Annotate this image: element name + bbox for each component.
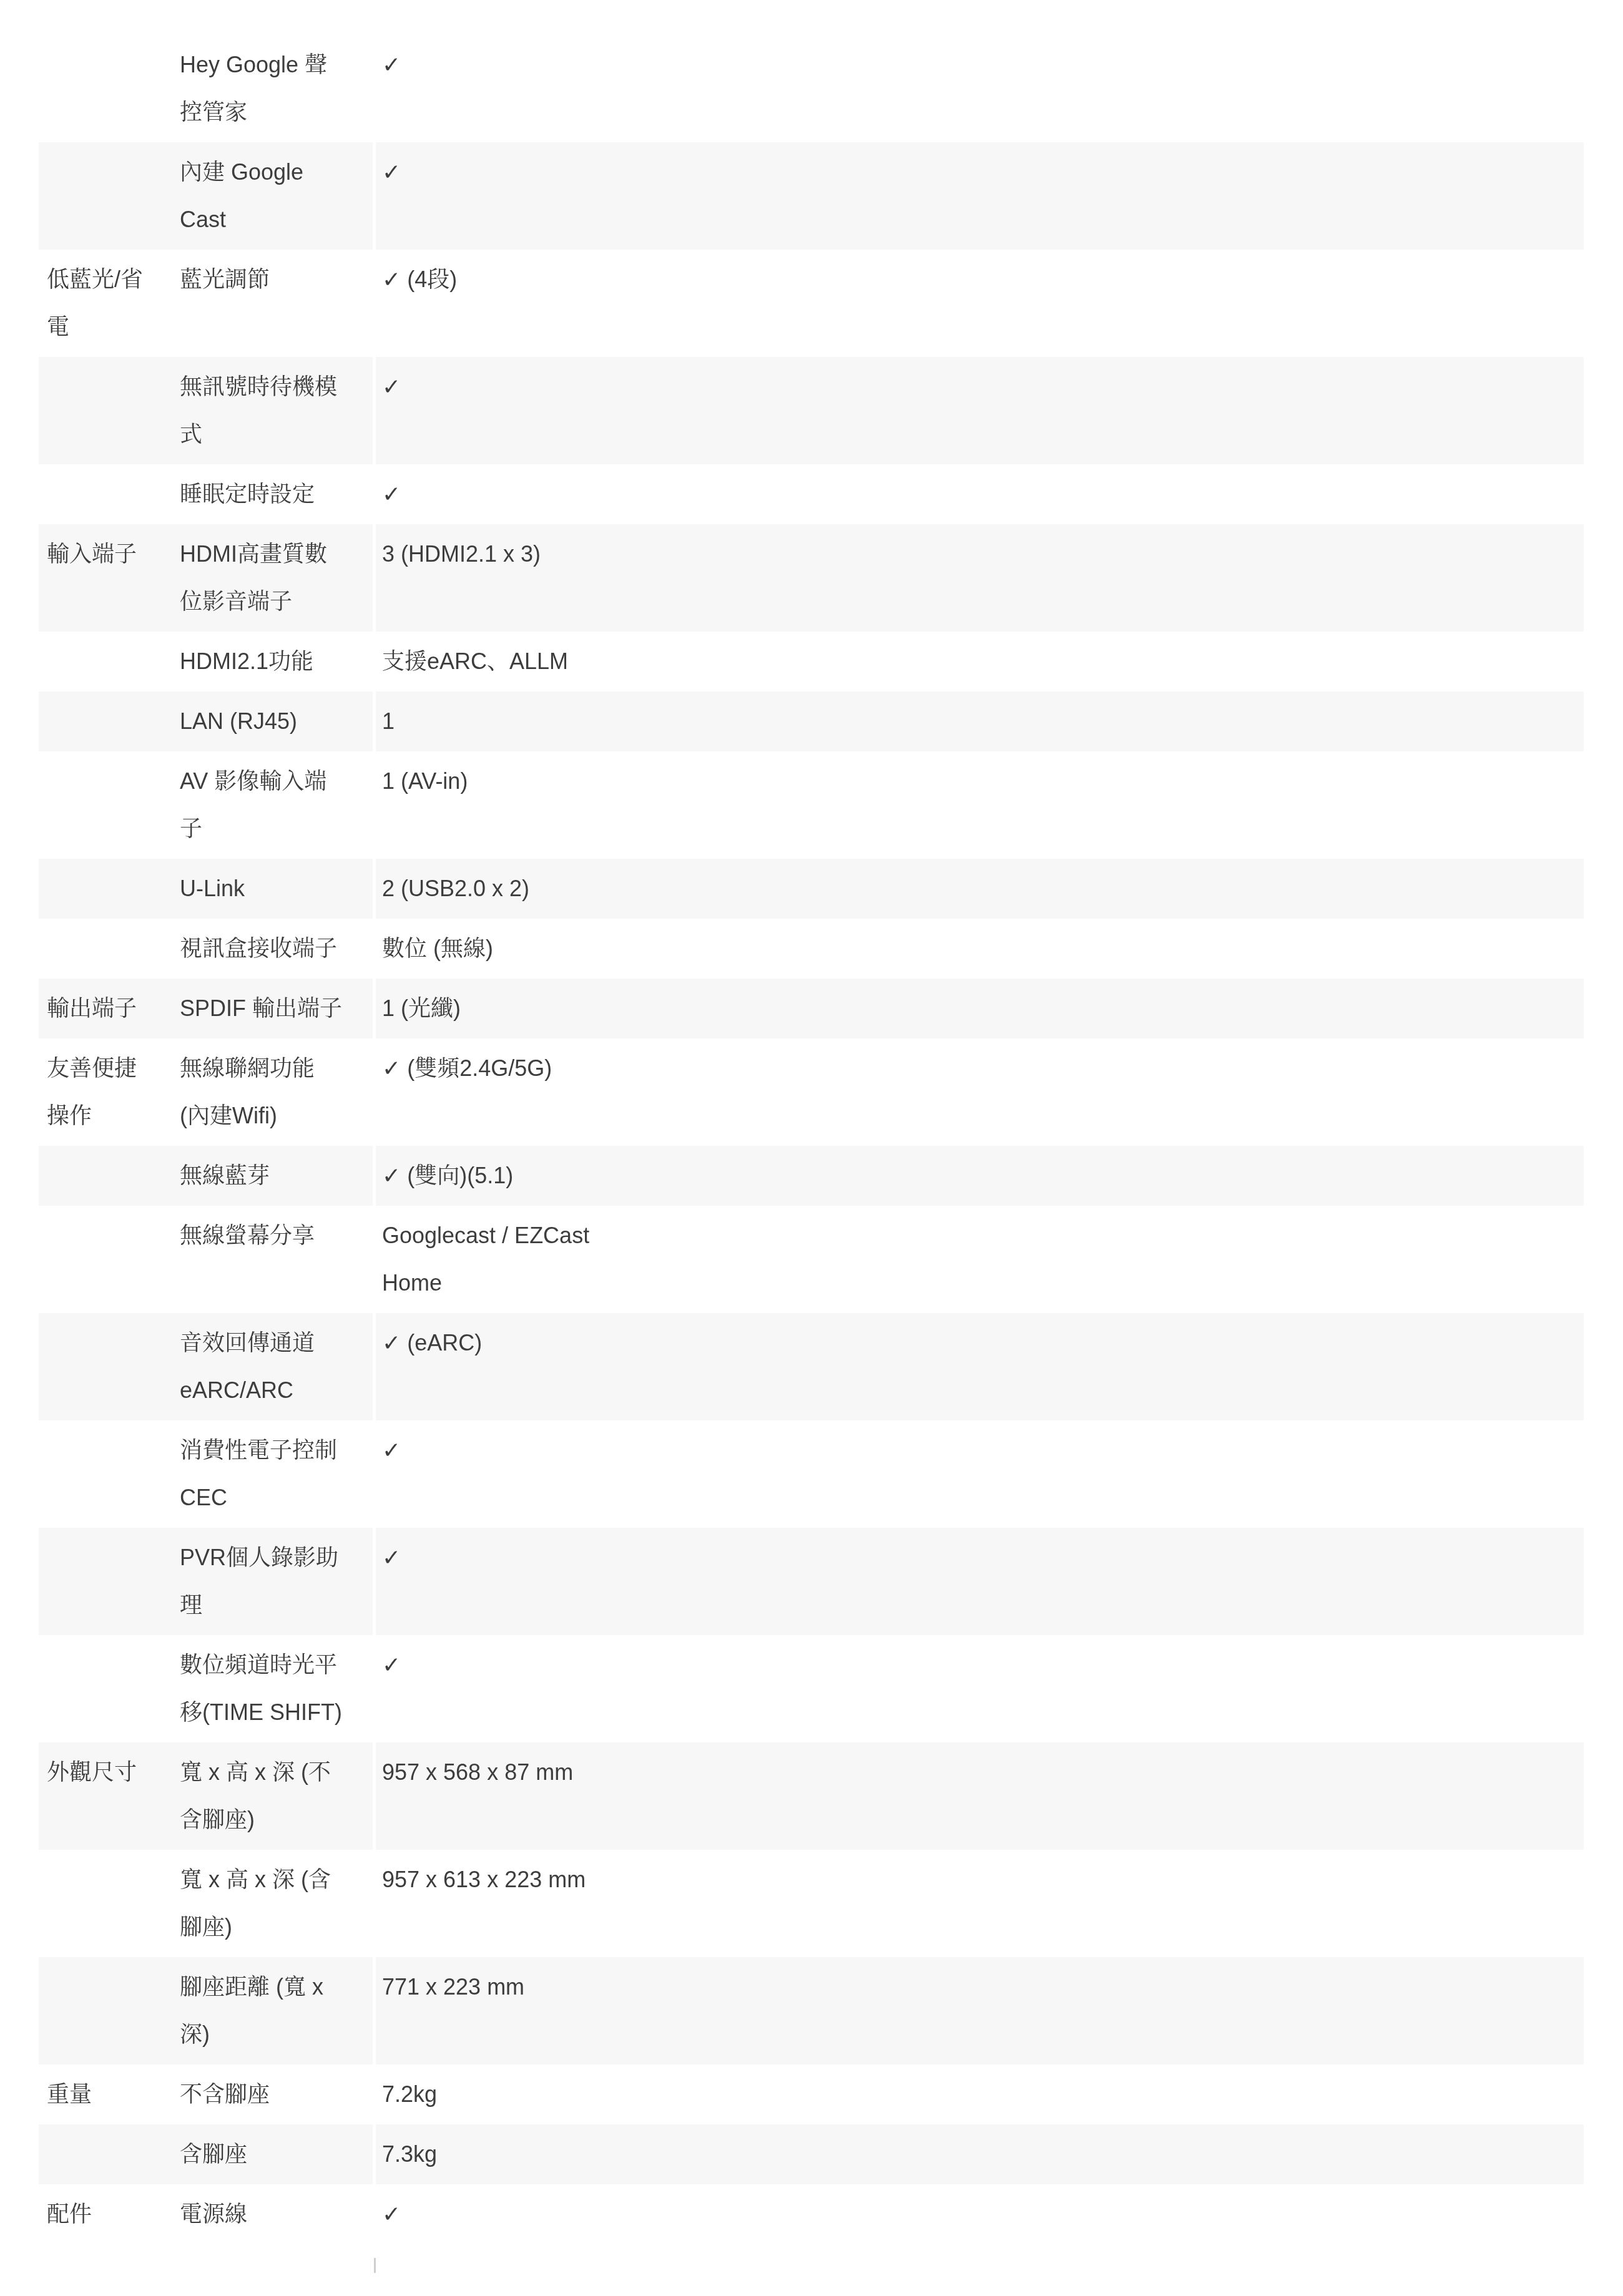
table-row: U-Link 2 (USB2.0 x 2)	[39, 859, 1584, 919]
value-text: ✓	[382, 149, 644, 196]
category-cell	[39, 1957, 178, 2064]
feature-label: 無線螢幕分享	[180, 1223, 315, 1248]
category-label: 低藍光/省電	[47, 266, 143, 340]
category-cell	[39, 142, 178, 250]
category-cell: 輸入端子	[39, 524, 178, 632]
feature-label: 寬 x 高 x 深 (含腳座)	[180, 1867, 331, 1940]
value-cell: Googlecast / EZCast Home	[376, 1206, 1584, 1313]
value-text: ✓	[382, 2191, 644, 2238]
table-row: 低藍光/省電 藍光調節 ✓ (4段)	[39, 250, 1584, 357]
value-text: 1 (AV-in)	[382, 758, 644, 805]
feature-label: 視訊盒接收端子	[180, 935, 337, 961]
feature-cell: HDMI2.1功能	[178, 632, 373, 691]
table-row: 無線藍芽 ✓ (雙向)(5.1)	[39, 1146, 1584, 1206]
value-cell: ✓	[376, 1528, 1584, 1635]
table-row: HDMI2.1功能 支援eARC、ALLM	[39, 632, 1584, 691]
value-cell: 1 (AV-in)	[376, 751, 1584, 859]
category-cell	[39, 1850, 178, 1957]
feature-label: SPDIF 輸出端子	[180, 995, 342, 1021]
value-cell: 7.2kg	[376, 2064, 1584, 2124]
feature-label: 寬 x 高 x 深 (不含腳座)	[180, 1759, 331, 1832]
table-row: 外觀尺寸 寬 x 高 x 深 (不含腳座) 957 x 568 x 87 mm	[39, 1742, 1584, 1850]
table-row: 無線螢幕分享 Googlecast / EZCast Home	[39, 1206, 1584, 1313]
value-cell: 957 x 613 x 223 mm	[376, 1850, 1584, 1957]
value-cell: 771 x 223 mm	[376, 1957, 1584, 2064]
value-text: ✓	[382, 1427, 644, 1474]
feature-cell: 數位頻道時光平移(TIME SHIFT)	[178, 1635, 373, 1742]
value-cell: 3 (HDMI2.1 x 3)	[376, 524, 1584, 632]
table-row: 音效回傳通道 eARC/ARC ✓ (eARC)	[39, 1313, 1584, 1420]
table-row: 無訊號時待機模式 ✓	[39, 357, 1584, 464]
value-text: 數位 (無線)	[382, 925, 644, 972]
feature-cell: 睡眠定時設定	[178, 464, 373, 524]
feature-label: 數位頻道時光平移(TIME SHIFT)	[180, 1652, 342, 1725]
table-row: 內建 Google Cast ✓	[39, 142, 1584, 250]
category-cell	[39, 919, 178, 979]
category-cell: 低藍光/省電	[39, 250, 178, 357]
value-cell: ✓	[376, 35, 1584, 142]
value-text: ✓	[382, 471, 644, 518]
value-cell: ✓ (雙向)(5.1)	[376, 1146, 1584, 1206]
feature-cell: LAN (RJ45)	[178, 691, 373, 751]
category-label: 友善便捷操作	[47, 1055, 137, 1128]
value-cell: ✓	[376, 1420, 1584, 1528]
category-cell	[39, 1528, 178, 1635]
table-row: 數位頻道時光平移(TIME SHIFT) ✓	[39, 1635, 1584, 1742]
value-text: ✓ (4段)	[382, 256, 644, 303]
category-cell	[39, 1420, 178, 1528]
feature-label: 無線聯網功能 (內建Wifi)	[180, 1055, 315, 1128]
table-row: LAN (RJ45) 1	[39, 691, 1584, 751]
category-cell: 配件	[39, 2184, 178, 2244]
feature-label: 含腳座	[180, 2141, 247, 2167]
value-cell: ✓ (雙頻2.4G/5G)	[376, 1038, 1584, 1146]
feature-label: U-Link	[180, 876, 245, 901]
category-cell	[39, 632, 178, 691]
feature-label: 消費性電子控制 CEC	[180, 1437, 337, 1510]
feature-label: 腳座距離 (寬 x 深)	[180, 1974, 323, 2047]
feature-cell: 消費性電子控制 CEC	[178, 1420, 373, 1528]
feature-label: 音效回傳通道 eARC/ARC	[180, 1330, 315, 1403]
table-row: 腳座距離 (寬 x 深) 771 x 223 mm	[39, 1957, 1584, 2064]
category-cell	[39, 464, 178, 524]
value-text: 3 (HDMI2.1 x 3)	[382, 530, 644, 578]
bottom-divider-tick	[374, 2258, 376, 2273]
value-cell: 數位 (無線)	[376, 919, 1584, 979]
category-cell	[39, 859, 178, 919]
category-cell	[39, 2124, 178, 2184]
category-cell: 輸出端子	[39, 979, 178, 1038]
feature-label: LAN (RJ45)	[180, 708, 297, 734]
value-text: ✓	[382, 1641, 644, 1689]
value-cell: ✓	[376, 357, 1584, 464]
value-cell: ✓ (eARC)	[376, 1313, 1584, 1420]
feature-label: 無訊號時待機模式	[180, 374, 337, 447]
category-cell	[39, 1206, 178, 1313]
feature-cell: 內建 Google Cast	[178, 142, 373, 250]
value-text: 771 x 223 mm	[382, 1963, 644, 2011]
category-cell: 友善便捷操作	[39, 1038, 178, 1146]
value-text: 957 x 613 x 223 mm	[382, 1856, 644, 1903]
feature-cell: 寬 x 高 x 深 (不含腳座)	[178, 1742, 373, 1850]
feature-cell: 無線聯網功能 (內建Wifi)	[178, 1038, 373, 1146]
value-cell: ✓	[376, 1635, 1584, 1742]
value-text: 1 (光纖)	[382, 985, 644, 1032]
category-cell	[39, 751, 178, 859]
table-row: 寬 x 高 x 深 (含腳座) 957 x 613 x 223 mm	[39, 1850, 1584, 1957]
value-cell: 2 (USB2.0 x 2)	[376, 859, 1584, 919]
table-row: 重量 不含腳座 7.2kg	[39, 2064, 1584, 2124]
feature-cell: 電源線	[178, 2184, 373, 2244]
value-text: 7.3kg	[382, 2131, 644, 2178]
feature-cell: 含腳座	[178, 2124, 373, 2184]
value-text: ✓ (雙頻2.4G/5G)	[382, 1045, 644, 1092]
feature-cell: 無訊號時待機模式	[178, 357, 373, 464]
feature-label: Hey Google 聲控管家	[180, 52, 327, 125]
feature-label: AV 影像輸入端子	[180, 768, 326, 841]
table-row: Hey Google 聲控管家 ✓	[39, 35, 1584, 142]
value-text: 1	[382, 698, 644, 745]
value-text: ✓ (eARC)	[382, 1319, 644, 1367]
value-cell: ✓	[376, 142, 1584, 250]
category-label: 重量	[47, 2081, 92, 2107]
feature-label: HDMI高畫質數位影音端子	[180, 541, 327, 614]
table-row: 睡眠定時設定 ✓	[39, 464, 1584, 524]
category-label: 輸入端子	[47, 541, 137, 567]
feature-label: 藍光調節	[180, 266, 270, 292]
table-row: 友善便捷操作 無線聯網功能 (內建Wifi) ✓ (雙頻2.4G/5G)	[39, 1038, 1584, 1146]
feature-cell: 腳座距離 (寬 x 深)	[178, 1957, 373, 2064]
feature-cell: 音效回傳通道 eARC/ARC	[178, 1313, 373, 1420]
value-text: ✓	[382, 41, 644, 89]
table-row: 消費性電子控制 CEC ✓	[39, 1420, 1584, 1528]
feature-cell: PVR個人錄影助理	[178, 1528, 373, 1635]
feature-cell: 無線藍芽	[178, 1146, 373, 1206]
value-cell: 957 x 568 x 87 mm	[376, 1742, 1584, 1850]
value-text: 支援eARC、ALLM	[382, 638, 644, 685]
feature-label: 不含腳座	[180, 2081, 270, 2107]
spec-table: Hey Google 聲控管家 ✓ 內建 Google Cast ✓ 低藍光/省…	[39, 35, 1584, 2244]
table-row: 視訊盒接收端子 數位 (無線)	[39, 919, 1584, 979]
feature-label: HDMI2.1功能	[180, 648, 313, 674]
value-cell: 1	[376, 691, 1584, 751]
value-text: ✓ (雙向)(5.1)	[382, 1152, 644, 1199]
category-cell	[39, 35, 178, 142]
value-cell: 7.3kg	[376, 2124, 1584, 2184]
feature-cell: Hey Google 聲控管家	[178, 35, 373, 142]
table-row: PVR個人錄影助理 ✓	[39, 1528, 1584, 1635]
feature-cell: U-Link	[178, 859, 373, 919]
value-cell: ✓ (4段)	[376, 250, 1584, 357]
value-text: 7.2kg	[382, 2071, 644, 2118]
table-row: AV 影像輸入端子 1 (AV-in)	[39, 751, 1584, 859]
feature-cell: AV 影像輸入端子	[178, 751, 373, 859]
feature-label: PVR個人錄影助理	[180, 1545, 338, 1618]
category-cell	[39, 357, 178, 464]
value-cell: ✓	[376, 464, 1584, 524]
table-row: 輸出端子 SPDIF 輸出端子 1 (光纖)	[39, 979, 1584, 1038]
category-cell	[39, 1313, 178, 1420]
feature-cell: 不含腳座	[178, 2064, 373, 2124]
feature-cell: 無線螢幕分享	[178, 1206, 373, 1313]
value-text: 957 x 568 x 87 mm	[382, 1749, 644, 1796]
value-text: ✓	[382, 1534, 644, 1581]
value-cell: ✓	[376, 2184, 1584, 2244]
category-cell	[39, 1635, 178, 1742]
feature-cell: 視訊盒接收端子	[178, 919, 373, 979]
feature-cell: 寬 x 高 x 深 (含腳座)	[178, 1850, 373, 1957]
feature-label: 電源線	[180, 2201, 247, 2227]
category-cell: 重量	[39, 2064, 178, 2124]
category-cell: 外觀尺寸	[39, 1742, 178, 1850]
feature-label: 睡眠定時設定	[180, 481, 315, 507]
value-cell: 1 (光纖)	[376, 979, 1584, 1038]
feature-label: 內建 Google Cast	[180, 159, 303, 232]
table-row: 配件 電源線 ✓	[39, 2184, 1584, 2244]
table-row: 含腳座 7.3kg	[39, 2124, 1584, 2184]
feature-label: 無線藍芽	[180, 1163, 270, 1188]
value-text: Googlecast / EZCast Home	[382, 1212, 644, 1307]
feature-cell: SPDIF 輸出端子	[178, 979, 373, 1038]
category-label: 配件	[47, 2201, 92, 2227]
feature-cell: 藍光調節	[178, 250, 373, 357]
category-cell	[39, 691, 178, 751]
category-cell	[39, 1146, 178, 1206]
value-cell: 支援eARC、ALLM	[376, 632, 1584, 691]
feature-cell: HDMI高畫質數位影音端子	[178, 524, 373, 632]
value-text: 2 (USB2.0 x 2)	[382, 865, 644, 912]
table-row: 輸入端子 HDMI高畫質數位影音端子 3 (HDMI2.1 x 3)	[39, 524, 1584, 632]
category-label: 輸出端子	[47, 995, 137, 1021]
value-text: ✓	[382, 363, 644, 411]
category-label: 外觀尺寸	[47, 1759, 137, 1785]
